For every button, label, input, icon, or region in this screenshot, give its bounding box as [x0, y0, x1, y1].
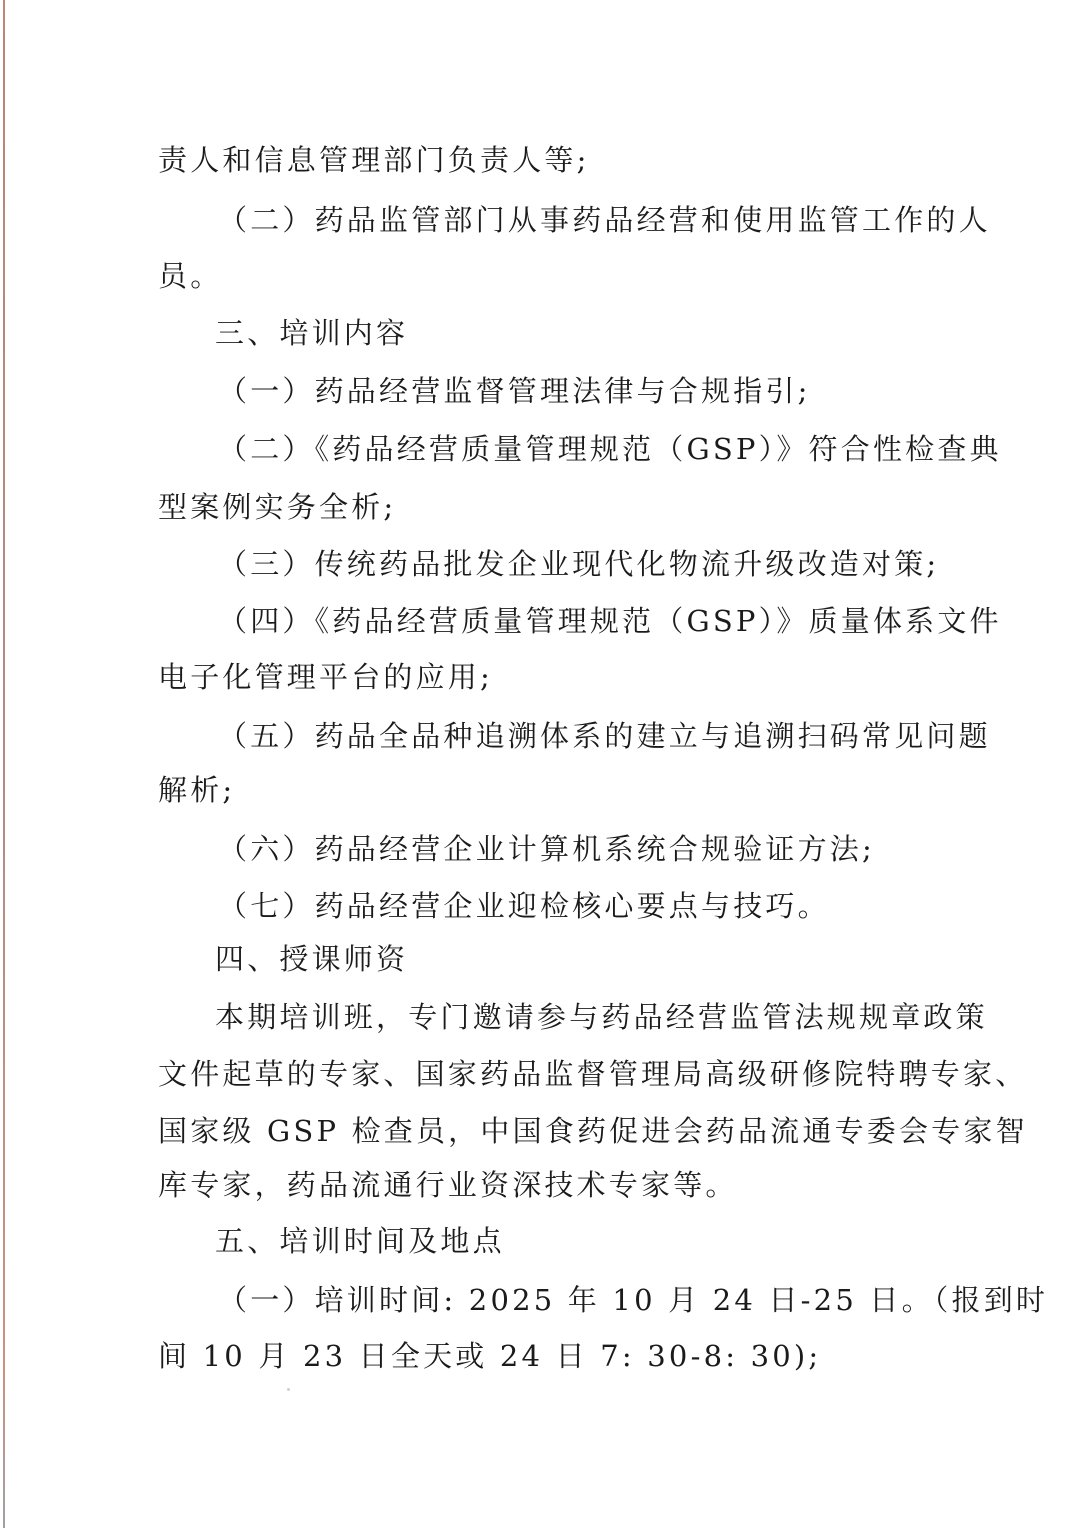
text-line-continuation: 国家级 GSP 检查员，中国食药促进会药品流通专委会专家智	[158, 1111, 1028, 1151]
paragraph-instructors: 本期培训班，专门邀请参与药品经营监管法规规章政策	[215, 997, 988, 1037]
list-item-content-3: （三）传统药品批发企业现代化物流升级改造对策;	[218, 544, 939, 584]
section-heading-training-content: 三、培训内容	[215, 313, 408, 353]
text-line-continuation: 责人和信息管理部门负责人等;	[158, 140, 590, 180]
text-line-continuation: 库专家，药品流通行业资深技术专家等。	[158, 1165, 738, 1205]
list-item-content-4: （四）《药品经营质量管理规范（GSP）》质量体系文件	[218, 601, 1002, 641]
text-line-continuation: 间 10 月 23 日全天或 24 日 7: 30-8: 30);	[158, 1336, 821, 1376]
list-item-content-6: （六）药品经营企业计算机系统合规验证方法;	[218, 829, 875, 869]
text-line-continuation: 文件起草的专家、国家药品监督管理局高级研修院特聘专家、	[158, 1054, 1027, 1094]
document-page: 责人和信息管理部门负责人等; （二）药品监管部门从事药品经营和使用监管工作的人 …	[0, 0, 1080, 1528]
list-item-personnel-2: （二）药品监管部门从事药品经营和使用监管工作的人	[218, 200, 991, 240]
list-item-content-2: （二）《药品经营质量管理规范（GSP）》符合性检查典	[218, 429, 1002, 469]
scan-speck	[287, 1388, 290, 1391]
text-line-continuation: 型案例实务全析;	[158, 487, 396, 527]
text-line-continuation: 员。	[158, 256, 222, 296]
text-line-continuation: 电子化管理平台的应用;	[158, 657, 493, 697]
section-heading-instructors: 四、授课师资	[215, 939, 408, 979]
list-item-content-7: （七）药品经营企业迎检核心要点与技巧。	[218, 886, 830, 926]
list-item-training-time: （一）培训时间: 2025 年 10 月 24 日-25 日。（报到时	[218, 1280, 1048, 1320]
section-heading-time-location: 五、培训时间及地点	[215, 1221, 505, 1261]
list-item-content-1: （一）药品经营监督管理法律与合规指引;	[218, 371, 811, 411]
text-line-continuation: 解析;	[158, 770, 235, 810]
list-item-content-5: （五）药品全品种追溯体系的建立与追溯扫码常见问题	[218, 716, 991, 756]
